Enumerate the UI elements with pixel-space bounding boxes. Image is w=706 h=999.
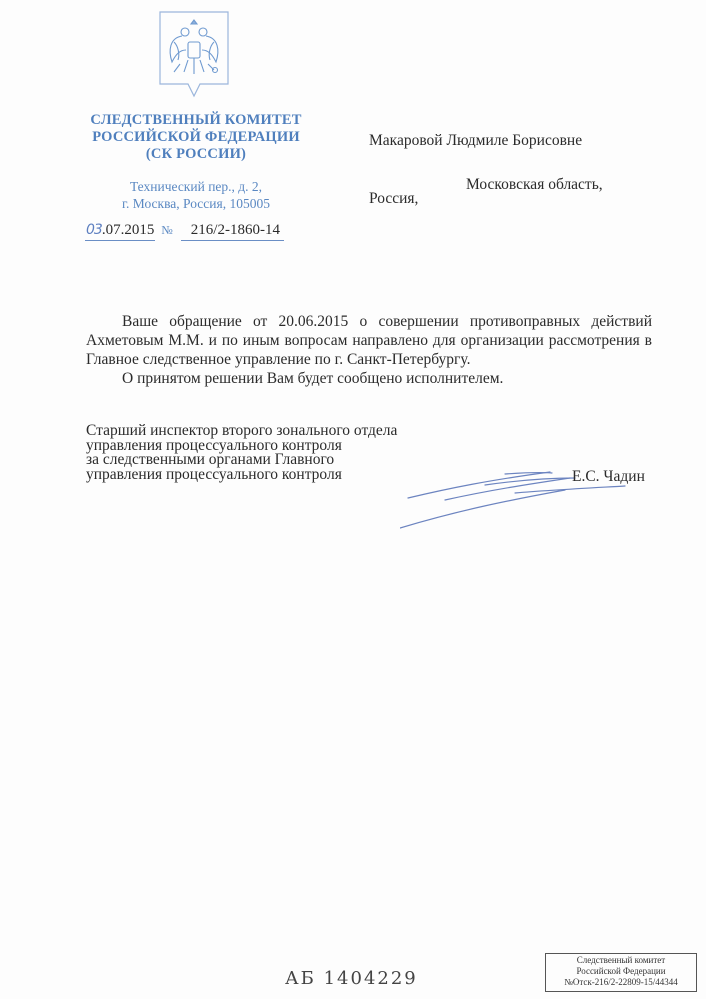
document-number: 216/2-1860-14: [181, 222, 284, 241]
document-date: 03.07.2015: [85, 222, 155, 241]
org-line-1: СЛЕДСТВЕННЫЙ КОМИТЕТ: [82, 112, 310, 129]
recipient-country: Россия,: [369, 190, 418, 208]
signatory-name: Е.С. Чадин: [572, 468, 645, 486]
signatory-position: Старший инспектор второго зонального отд…: [86, 424, 397, 482]
stamp-line: Следственный комитет: [546, 955, 696, 966]
registration-stamp: Следственный комитет Российской Федераци…: [545, 953, 697, 992]
body-paragraph: О принятом решении Вам будет сообщено ис…: [86, 369, 652, 388]
date-printed: .07.2015: [102, 222, 155, 238]
organization-name: СЛЕДСТВЕННЫЙ КОМИТЕТ РОССИЙСКОЙ ФЕДЕРАЦИ…: [82, 112, 310, 163]
body-paragraph: Ваше обращение от 20.06.2015 о совершени…: [86, 312, 652, 369]
letter-body: Ваше обращение от 20.06.2015 о совершени…: [86, 312, 652, 388]
address-line-1: Технический пер., д. 2,: [82, 178, 310, 195]
position-line: управления процессуального контроля: [86, 468, 397, 483]
date-handwritten-day: 03: [86, 222, 102, 238]
stamp-line: №Отск-216/2-22809-15/44344: [546, 977, 696, 988]
stamp-line: Российской Федерации: [546, 966, 696, 977]
organization-address: Технический пер., д. 2, г. Москва, Росси…: [82, 178, 310, 212]
handwritten-signature-icon: [400, 440, 706, 560]
recipient-region: Московская область,: [466, 176, 603, 194]
org-line-3: (СК РОССИИ): [82, 146, 310, 163]
form-serial-number: АБ 1404229: [285, 968, 418, 989]
coat-of-arms-icon: [158, 10, 230, 102]
number-sign: №: [161, 223, 172, 237]
document-date-number: 03.07.2015№216/2-1860-14: [85, 222, 284, 242]
recipient-name: Макаровой Людмиле Борисовне: [369, 132, 582, 150]
address-line-2: г. Москва, Россия, 105005: [82, 195, 310, 212]
org-line-2: РОССИЙСКОЙ ФЕДЕРАЦИИ: [82, 129, 310, 146]
